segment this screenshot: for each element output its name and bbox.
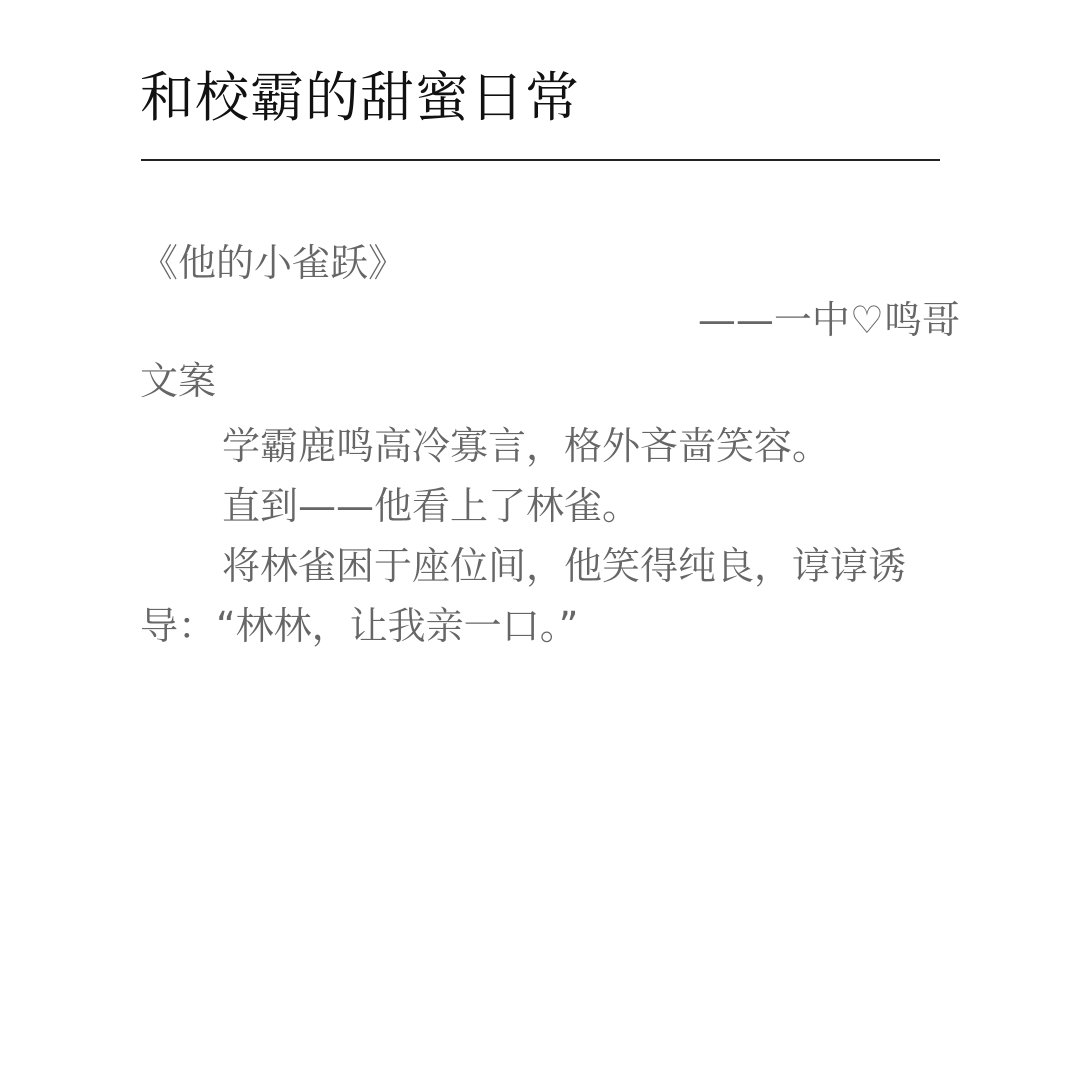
author-attribution: ——一中♡鸣哥 xyxy=(698,295,960,345)
section-label: 文案 xyxy=(140,356,216,406)
page-title: 和校霸的甜蜜日常 xyxy=(140,66,580,130)
book-title: 《他的小雀跃》 xyxy=(140,238,406,288)
blurb-text: 学霸鹿鸣高冷寡言，格外吝啬笑容。 直到——他看上了林雀。 将林雀困于座位间，他笑… xyxy=(140,416,940,656)
blurb-paragraph: 学霸鹿鸣高冷寡言，格外吝啬笑容。 xyxy=(140,416,940,476)
title-divider xyxy=(141,159,940,161)
blurb-paragraph: 直到——他看上了林雀。 xyxy=(140,476,940,536)
blurb-paragraph: 将林雀困于座位间，他笑得纯良，谆谆诱导：“林林，让我亲一口。” xyxy=(140,536,940,656)
